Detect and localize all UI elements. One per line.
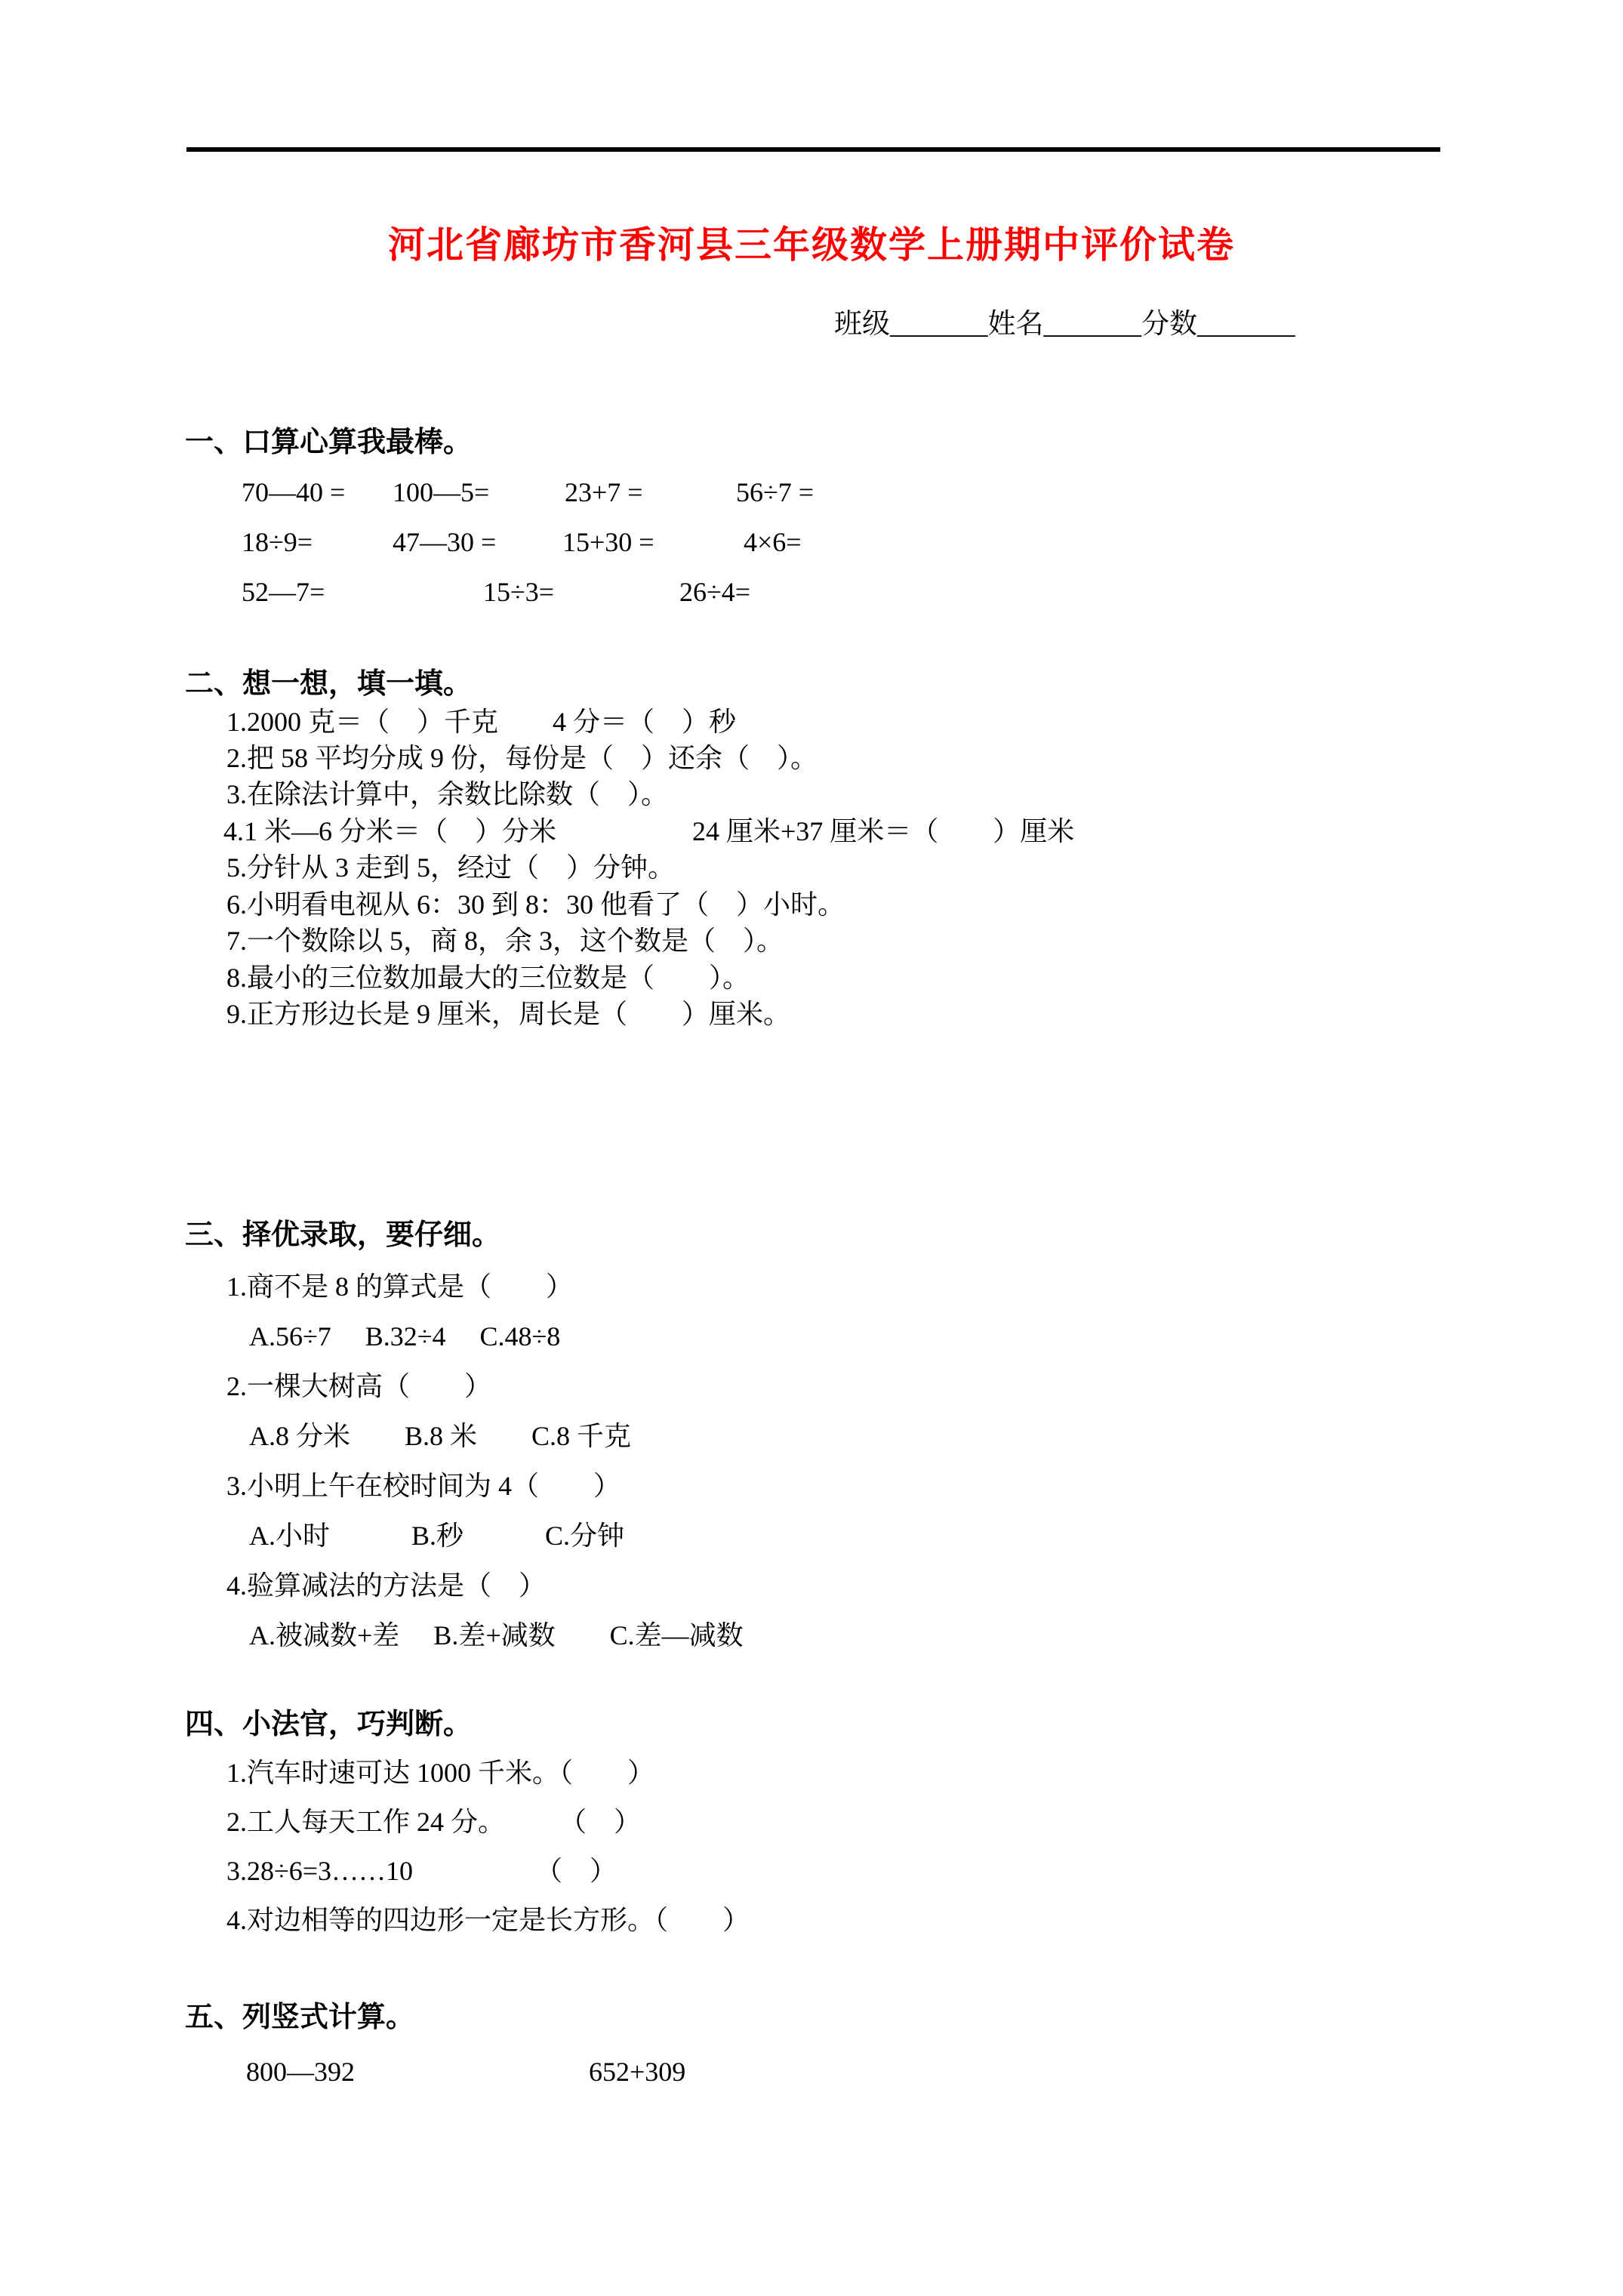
oral-calc-problem: 18÷9=: [242, 525, 313, 559]
section-1-heading: 一、口算心算我最棒。: [185, 426, 472, 461]
oral-calc-problem: 23+7 =: [565, 476, 643, 510]
choice-question: 1.商不是 8 的算式是（ ）: [226, 1270, 573, 1304]
fill-blank-item: 2.把 58 平均分成 9 份，每份是（ ）还余（ ）。: [226, 741, 818, 775]
oral-calc-problem: 15+30 =: [562, 525, 654, 559]
fill-blank-item: 3.在除法计算中，余数比除数（ ）。: [226, 778, 668, 812]
section-5-heading: 五、列竖式计算。: [185, 2001, 414, 2036]
choice-question: 3.小明上午在校时间为 4（ ）: [226, 1469, 621, 1503]
choice-options: A.56÷7 B.32÷4 C.48÷8: [249, 1320, 560, 1354]
judge-item: 4.对边相等的四边形一定是长方形。（ ）: [226, 1903, 750, 1937]
oral-calc-problem: 100—5=: [393, 476, 489, 510]
oral-calc-problem: 52—7=: [242, 575, 325, 609]
vertical-calc-problem: 652+309: [589, 2055, 685, 2089]
fill-blank-item: 9.正方形边长是 9 厘米，周长是（ ）厘米。: [226, 997, 790, 1031]
oral-calc-problem: 70—40 =: [242, 476, 345, 510]
score-blank: _______: [1197, 309, 1295, 340]
fill-blank-item: 5.分针从 3 走到 5，经过（ ）分钟。: [226, 851, 675, 885]
name-label: 姓名: [988, 309, 1044, 340]
name-blank: _______: [1044, 309, 1142, 340]
judge-item: 1.汽车时速可达 1000 千米。（ ）: [226, 1756, 654, 1790]
oral-calc-problem: 56÷7 =: [736, 476, 814, 510]
vertical-calc-problem: 800—392: [246, 2055, 355, 2089]
judge-item: 3.28÷6=3……10 （ ）: [226, 1854, 617, 1888]
class-label: 班级: [834, 309, 890, 340]
choice-question: 4.验算减法的方法是（ ）: [226, 1569, 546, 1603]
score-label: 分数: [1141, 309, 1197, 340]
exam-paper-page: 河北省廊坊市香河县三年级数学上册期中评价试卷 班级_______姓名______…: [0, 0, 1623, 2296]
fill-blank-item: 8.最小的三位数加最大的三位数是（ ）。: [226, 961, 750, 995]
section-2-heading: 二、想一想，填一填。: [185, 667, 472, 702]
student-info-line: 班级_______姓名_______分数_______: [834, 300, 1295, 341]
choice-question: 2.一棵大树高（ ）: [226, 1370, 491, 1404]
judge-item: 2.工人每天工作 24 分。 （ ）: [226, 1805, 641, 1839]
choice-options: A.8 分米 B.8 米 C.8 千克: [249, 1419, 631, 1453]
choice-options: A.小时 B.秒 C.分钟: [249, 1519, 624, 1553]
choice-options: A.被减数+差 B.差+减数 C.差—减数: [249, 1619, 744, 1653]
section-3-heading: 三、择优录取，要仔细。: [185, 1219, 500, 1253]
fill-blank-item: 4.1 米—6 分米＝（ ）分米 24 厘米+37 厘米＝（ ）厘米: [223, 815, 1074, 849]
section-4-heading: 四、小法官，巧判断。: [185, 1708, 472, 1743]
oral-calc-problem: 15÷3=: [483, 575, 554, 609]
oral-calc-problem: 26÷4=: [679, 575, 750, 609]
fill-blank-item: 1.2000 克＝（ ）千克 4 分＝（ ）秒: [226, 705, 736, 739]
fill-blank-item: 6.小明看电视从 6：30 到 8：30 他看了（ ）小时。: [226, 888, 845, 922]
class-blank: _______: [890, 309, 988, 340]
fill-blank-item: 7.一个数除以 5，商 8，余 3，这个数是（ ）。: [226, 924, 784, 958]
top-rule-divider: [186, 147, 1440, 152]
page-title: 河北省廊坊市香河县三年级数学上册期中评价试卷: [0, 216, 1623, 269]
oral-calc-problem: 4×6=: [744, 525, 802, 559]
oral-calc-problem: 47—30 =: [393, 525, 496, 559]
